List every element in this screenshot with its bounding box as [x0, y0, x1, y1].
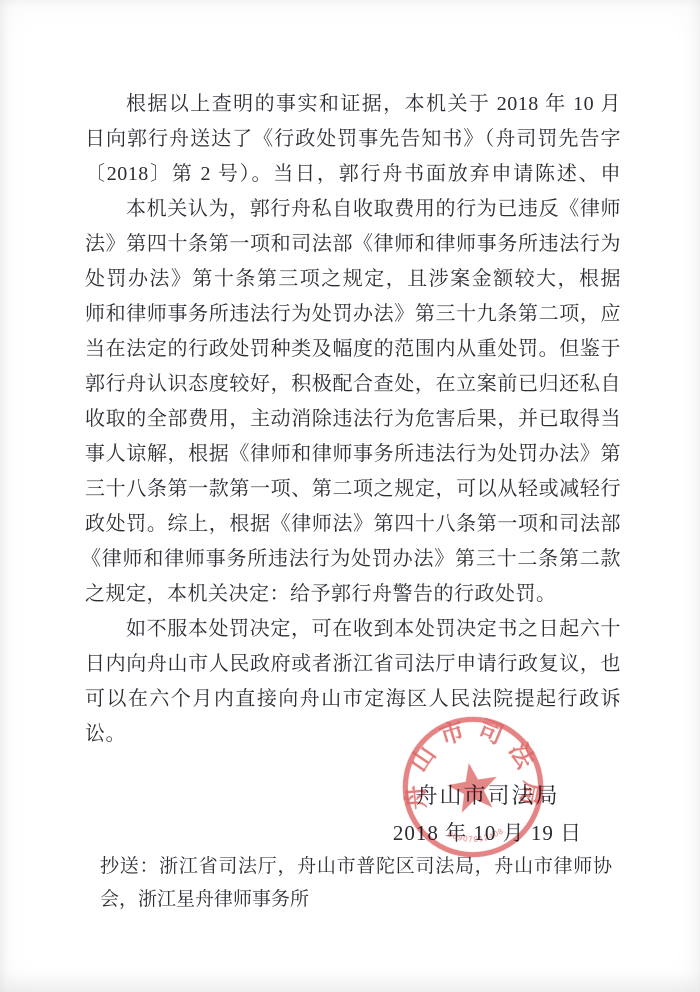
document-line: 师和律师事务所违法行为处罚办法》第三十九条第二项，应: [85, 297, 621, 332]
document-line: 当在法定的行政处罚种类及幅度的范围内从重处罚。但鉴于: [85, 332, 621, 367]
signature-office: 舟山市司法局: [375, 779, 600, 810]
document-line: 之规定，本机关决定：给予郭行舟警告的行政处罚。: [85, 577, 621, 612]
document-line: 本机关认为，郭行舟私自收取费用的行为已违反《律师: [85, 192, 621, 227]
document-line: 如不服本处罚决定，可在收到本处罚决定书之日起六十: [85, 612, 621, 647]
document-line: 〔2018〕第 2 号）。当日，郭行舟书面放弃申请陈述、申辩。: [85, 157, 621, 192]
document-line: 日内向舟山市人民政府或者浙江省司法厅申请行政复议，也: [85, 647, 621, 682]
document-line: 三十八条第一款第一项、第二项之规定，可以从轻或减轻行: [85, 472, 621, 507]
document-line: 《律师和律师事务所违法行为处罚办法》第三十二条第二款: [81, 542, 621, 577]
document-line: 讼。: [85, 717, 621, 752]
document-line: 处罚办法》第十条第三项之规定，且涉案金额较大，根据《律: [85, 262, 621, 297]
cc-line: 会，浙江星舟律师事务所: [100, 883, 612, 916]
document-body: 根据以上查明的事实和证据，本机关于 2018 年 10 月 17 日向郭行舟送达…: [85, 87, 621, 752]
signature-date: 2018 年 10 月 19 日: [370, 817, 605, 847]
cc-line: 抄送：浙江省司法厅，舟山市普陀区司法局，舟山市律师协: [100, 850, 612, 883]
document-line: 可以在六个月内直接向舟山市定海区人民法院提起行政诉: [85, 682, 621, 717]
document-line: 事人谅解，根据《律师和律师事务所违法行为处罚办法》第: [85, 437, 621, 472]
document-line: 政处罚。综上，根据《律师法》第四十八条第一项和司法部: [85, 507, 621, 542]
cc-footer: 抄送：浙江省司法厅，舟山市普陀区司法局，舟山市律师协 会，浙江星舟律师事务所: [100, 850, 612, 916]
document-line: 法》第四十条第一项和司法部《律师和律师事务所违法行为: [85, 227, 621, 262]
scanned-document-page: 根据以上查明的事实和证据，本机关于 2018 年 10 月 17 日向郭行舟送达…: [0, 0, 700, 992]
document-line: 郭行舟认识态度较好，积极配合查处，在立案前已归还私自: [85, 367, 621, 402]
document-line: 日向郭行舟送达了《行政处罚事先告知书》（舟司罚先告字: [85, 122, 621, 157]
document-line: 收取的全部费用，主动消除违法行为危害后果，并已取得当: [85, 402, 621, 437]
document-line: 根据以上查明的事实和证据，本机关于 2018 年 10 月 17: [85, 87, 621, 122]
